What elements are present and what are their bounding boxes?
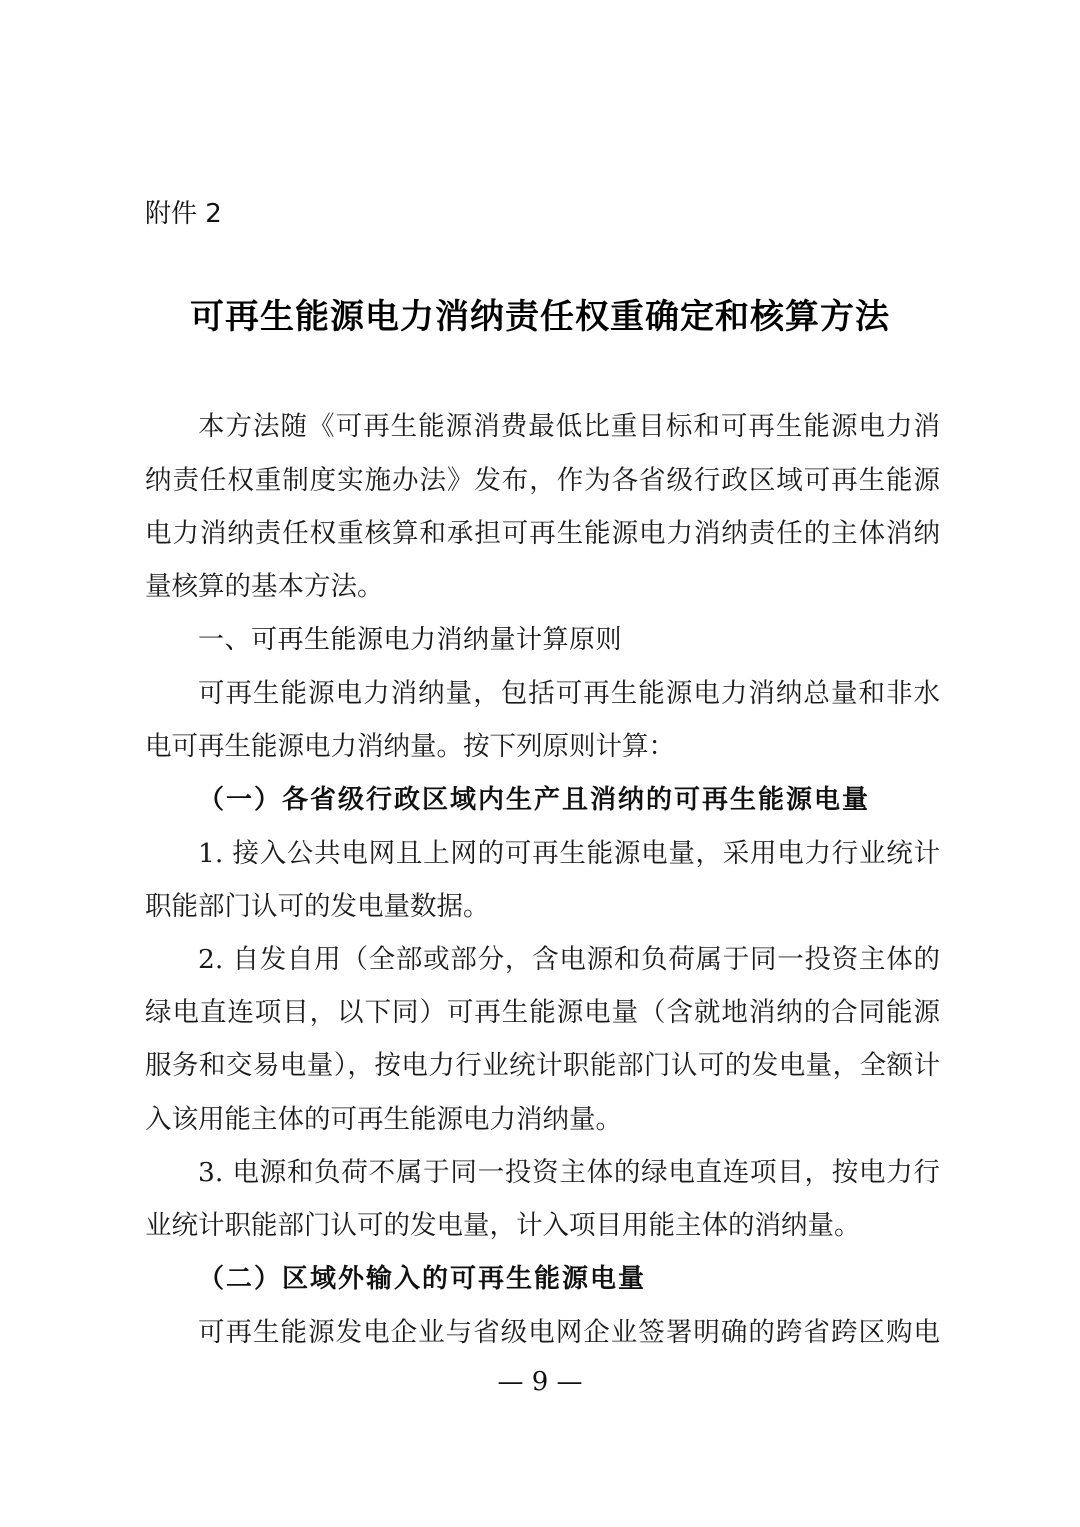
paragraph-line: 电力消纳责任权重核算和承担可再生能源电力消纳责任的主体消纳 — [145, 514, 940, 554]
paragraph-line: 本方法随《可再生能源消费最低比重目标和可再生能源电力消 — [198, 407, 940, 447]
page-number: — 9 — — [0, 1364, 1080, 1400]
paragraph-line: 2. 自发自用（全部或部分，含电源和负荷属于同一投资主体的 — [198, 940, 940, 980]
paragraph-line: 业统计职能部门认可的发电量，计入项目用能主体的消纳量。 — [145, 1206, 940, 1246]
paragraph-line: 绿电直连项目，以下同）可再生能源电量（含就地消纳的合同能源 — [145, 993, 940, 1033]
paragraph-line: 入该用能主体的可再生能源电力消纳量。 — [145, 1100, 940, 1140]
paragraph-line: 纳责任权重制度实施办法》发布，作为各省级行政区域可再生能源 — [145, 461, 940, 501]
subsection-heading: （二）区域外输入的可再生能源电量 — [198, 1259, 646, 1299]
paragraph-line: 职能部门认可的发电量数据。 — [145, 887, 940, 927]
document-page: 附件 2 可再生能源电力消纳责任权重确定和核算方法 本方法随《可再生能源消费最低… — [0, 0, 1080, 1527]
paragraph-line: 电可再生能源电力消纳量。按下列原则计算： — [145, 727, 940, 767]
paragraph-line: 1. 接入公共电网且上网的可再生能源电量，采用电力行业统计 — [198, 834, 940, 874]
paragraph-line: 量核算的基本方法。 — [145, 567, 940, 607]
paragraph-line: 可再生能源发电企业与省级电网企业签署明确的跨省跨区购电 — [198, 1313, 940, 1353]
subsection-heading: （一）各省级行政区域内生产且消纳的可再生能源电量 — [198, 780, 870, 820]
document-title: 可再生能源电力消纳责任权重确定和核算方法 — [0, 292, 1080, 342]
section-heading: 一、可再生能源电力消纳量计算原则 — [198, 620, 622, 660]
paragraph-line: 3. 电源和负荷不属于同一投资主体的绿电直连项目，按电力行 — [198, 1153, 940, 1193]
paragraph-line: 服务和交易电量），按电力行业统计职能部门认可的发电量，全额计 — [145, 1046, 940, 1086]
paragraph-line: 可再生能源电力消纳量，包括可再生能源电力消纳总量和非水 — [198, 674, 940, 714]
attachment-label: 附件 2 — [145, 196, 222, 232]
